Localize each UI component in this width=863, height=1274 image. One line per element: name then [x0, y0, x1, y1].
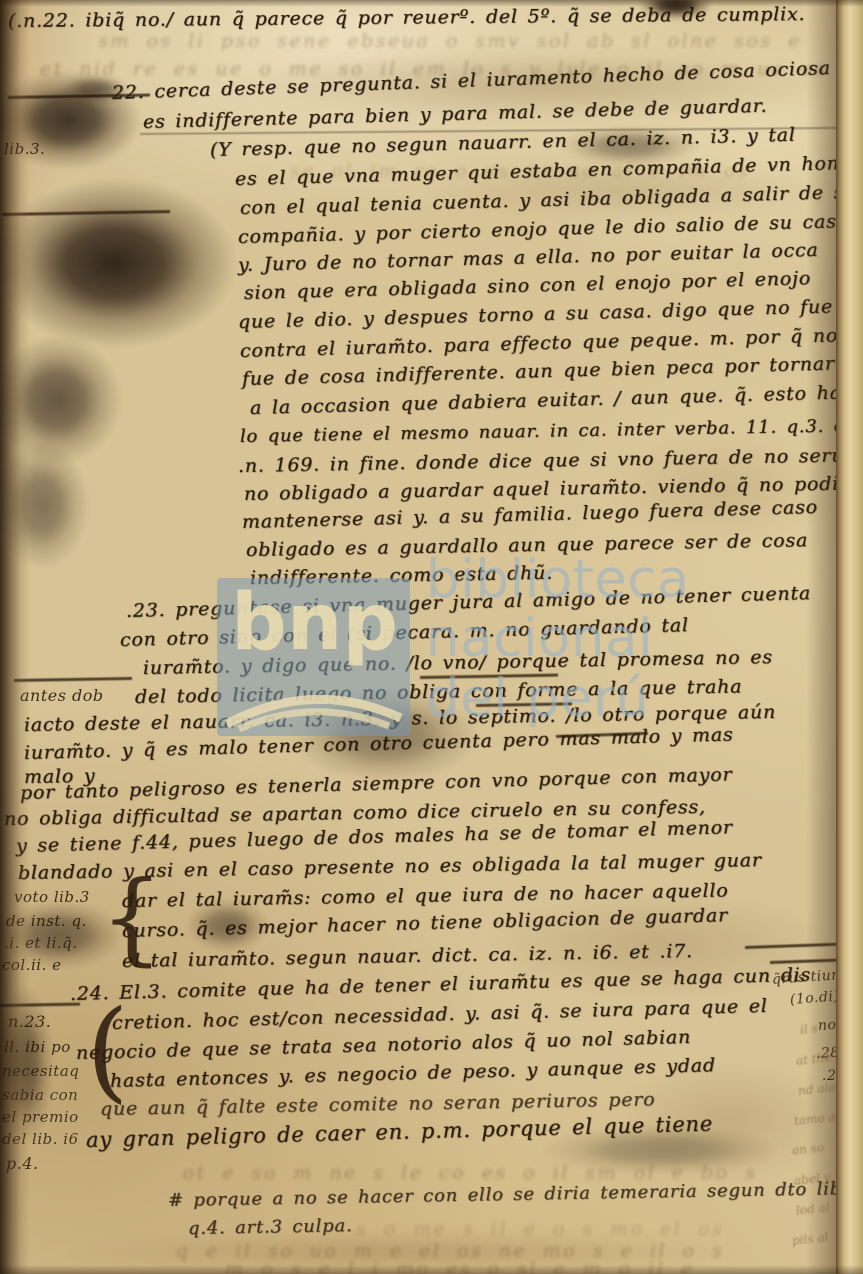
ink-stain: [0, 178, 237, 348]
manuscript-line: q.4. art.3 culpa.: [188, 1215, 353, 1239]
bleed-line: s o me s il e o s mo el os: [330, 1218, 750, 1240]
ink-stain: [540, 1124, 780, 1176]
ink-stain: [560, 126, 700, 166]
binding-shadow: [0, 0, 30, 1274]
ink-stain: [185, 898, 270, 953]
ink-stain: [290, 688, 480, 783]
adjacent-page-edge: [836, 0, 863, 1274]
margin-brace: (: [86, 1000, 129, 1101]
sliver-ghost-text: il s: [799, 1021, 818, 1037]
scan-edge-top: [0, 0, 863, 7]
margin-note-left: antes dob: [20, 686, 104, 705]
ink-stain: [60, 74, 130, 104]
scan-edge-bottom: [0, 1265, 863, 1274]
bleed-line: sm os li pso sene ebseua o smv sol ab sl…: [60, 30, 840, 52]
manuscript-scan: bnp biblioteca nacional del perú sm os l…: [0, 0, 863, 1274]
